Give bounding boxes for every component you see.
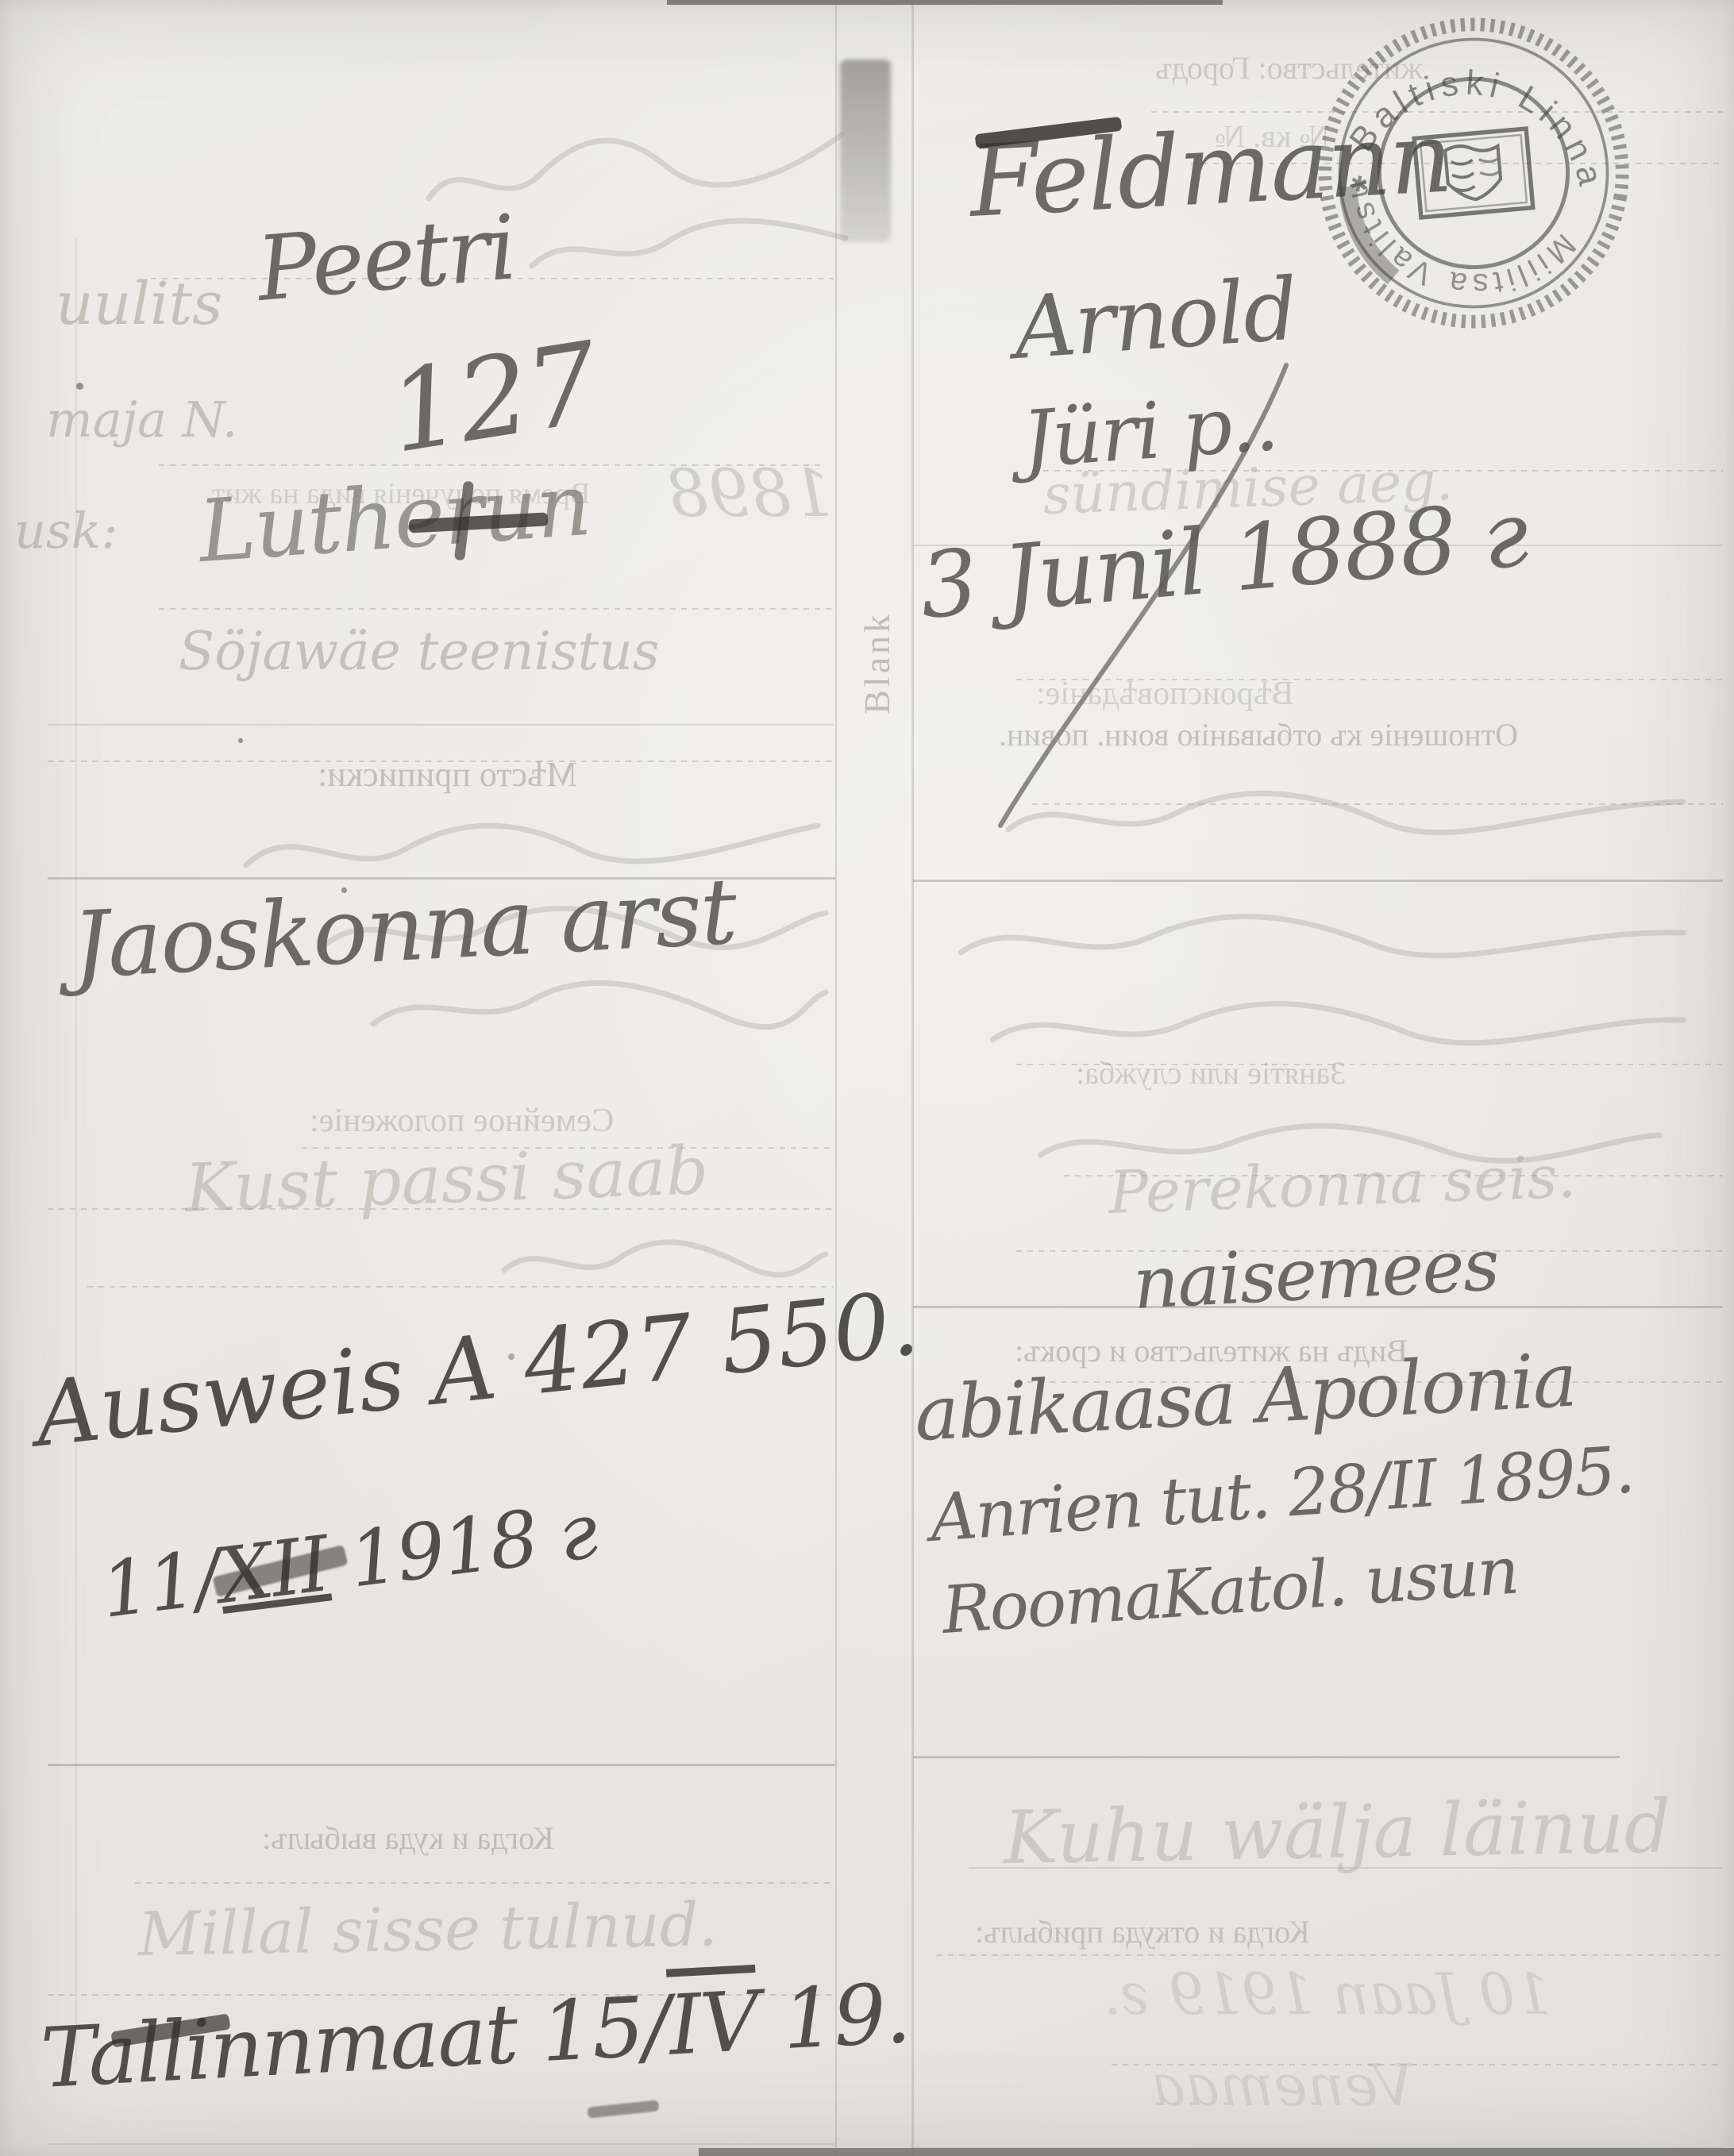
stamp-ornament: ✱ bbox=[1348, 171, 1370, 198]
ghost-arrived-place: Venemaa bbox=[1151, 2052, 1414, 2119]
departed-caption-ghost: Kuhu wälja läinud bbox=[1003, 1784, 1671, 1881]
house-caption-ghost: maja N. bbox=[46, 391, 238, 449]
stamp-center-emblem bbox=[1414, 129, 1533, 218]
document-date-part: 1918 г bbox=[322, 1486, 601, 1607]
mirror-label-arrived: Когда и откуда прибылъ: bbox=[975, 1913, 1310, 1950]
page-bottom-edge bbox=[699, 2148, 1734, 2156]
arrival-month: IV bbox=[666, 1973, 760, 2074]
ink-speck bbox=[76, 383, 83, 390]
mirror-label-military: Отношеніе къ отбыванію воин. повин. bbox=[999, 716, 1518, 753]
ink-speck bbox=[341, 887, 347, 893]
ghost-year: 1898 bbox=[667, 456, 833, 532]
document-entry: Ausweis A 427 550. bbox=[30, 1272, 923, 1467]
round-stamp: Baltiski Linna Miilitsa Valitsus ✱ bbox=[1285, 0, 1663, 362]
arrival-part: 19. bbox=[755, 1965, 911, 2069]
scanned-document-page: Blank uulits Peetri maja N. 127 usk: Вре… bbox=[0, 0, 1734, 2156]
mirror-label-religion: Вѣроисповѣданіе: bbox=[1036, 675, 1294, 713]
ghost-handwriting-bleed bbox=[929, 889, 1707, 1072]
rule-line bbox=[937, 1954, 1723, 1956]
entered-caption-ghost: Millal sisse tulnud. bbox=[137, 1888, 718, 1969]
mirror-label-occupation: Занятіе или служба: bbox=[1076, 1054, 1346, 1091]
ghost-handwriting-bleed bbox=[992, 766, 1699, 869]
center-strip-right-rule bbox=[911, 0, 914, 2156]
rule-line bbox=[913, 2147, 1723, 2149]
mirror-label-family: Семейное положеніе: bbox=[310, 1102, 614, 1140]
ink-speck bbox=[508, 1353, 514, 1360]
mirror-label-departed: Когда и куда выбылъ: bbox=[262, 1819, 554, 1857]
document-date-entry: 11/XII 1918 г bbox=[96, 1486, 601, 1635]
spouse-entry: abikaasa Apolonia bbox=[912, 1338, 1578, 1458]
street-entry: Peetri bbox=[253, 196, 519, 321]
rule-line bbox=[48, 2143, 834, 2145]
marital-status-entry: naisemees bbox=[1131, 1223, 1501, 1326]
religion-caption-ghost: usk: bbox=[14, 502, 118, 560]
rule-line bbox=[135, 1882, 834, 1884]
ink-speck bbox=[238, 738, 243, 743]
military-caption-ghost: Söjawäe teenistus bbox=[179, 621, 660, 682]
ghost-arrived-entry: 10 Jaan 1919 г. bbox=[1104, 1961, 1551, 2027]
vertical-ghost-word: Blank bbox=[856, 611, 898, 714]
mirror-label-registration: Мѣсто приписки: bbox=[318, 754, 577, 795]
rule-line bbox=[48, 1764, 835, 1766]
rule-line bbox=[159, 608, 834, 610]
rule-line bbox=[913, 880, 1723, 882]
house-entry: 127 bbox=[381, 318, 607, 479]
ink-smear bbox=[588, 2100, 660, 2118]
rule-line bbox=[913, 1756, 1620, 1758]
center-strip-left-rule bbox=[835, 0, 837, 2156]
spouse-religion-entry: RoomaKatol. usun bbox=[939, 1534, 1520, 1649]
street-caption-ghost: uulits bbox=[56, 270, 222, 338]
rule-line bbox=[48, 724, 834, 726]
page-top-edge bbox=[667, 0, 1223, 5]
document-date-part: 11/ bbox=[96, 1533, 224, 1635]
passport-caption-ghost: Kust passi saab bbox=[184, 1131, 710, 1227]
